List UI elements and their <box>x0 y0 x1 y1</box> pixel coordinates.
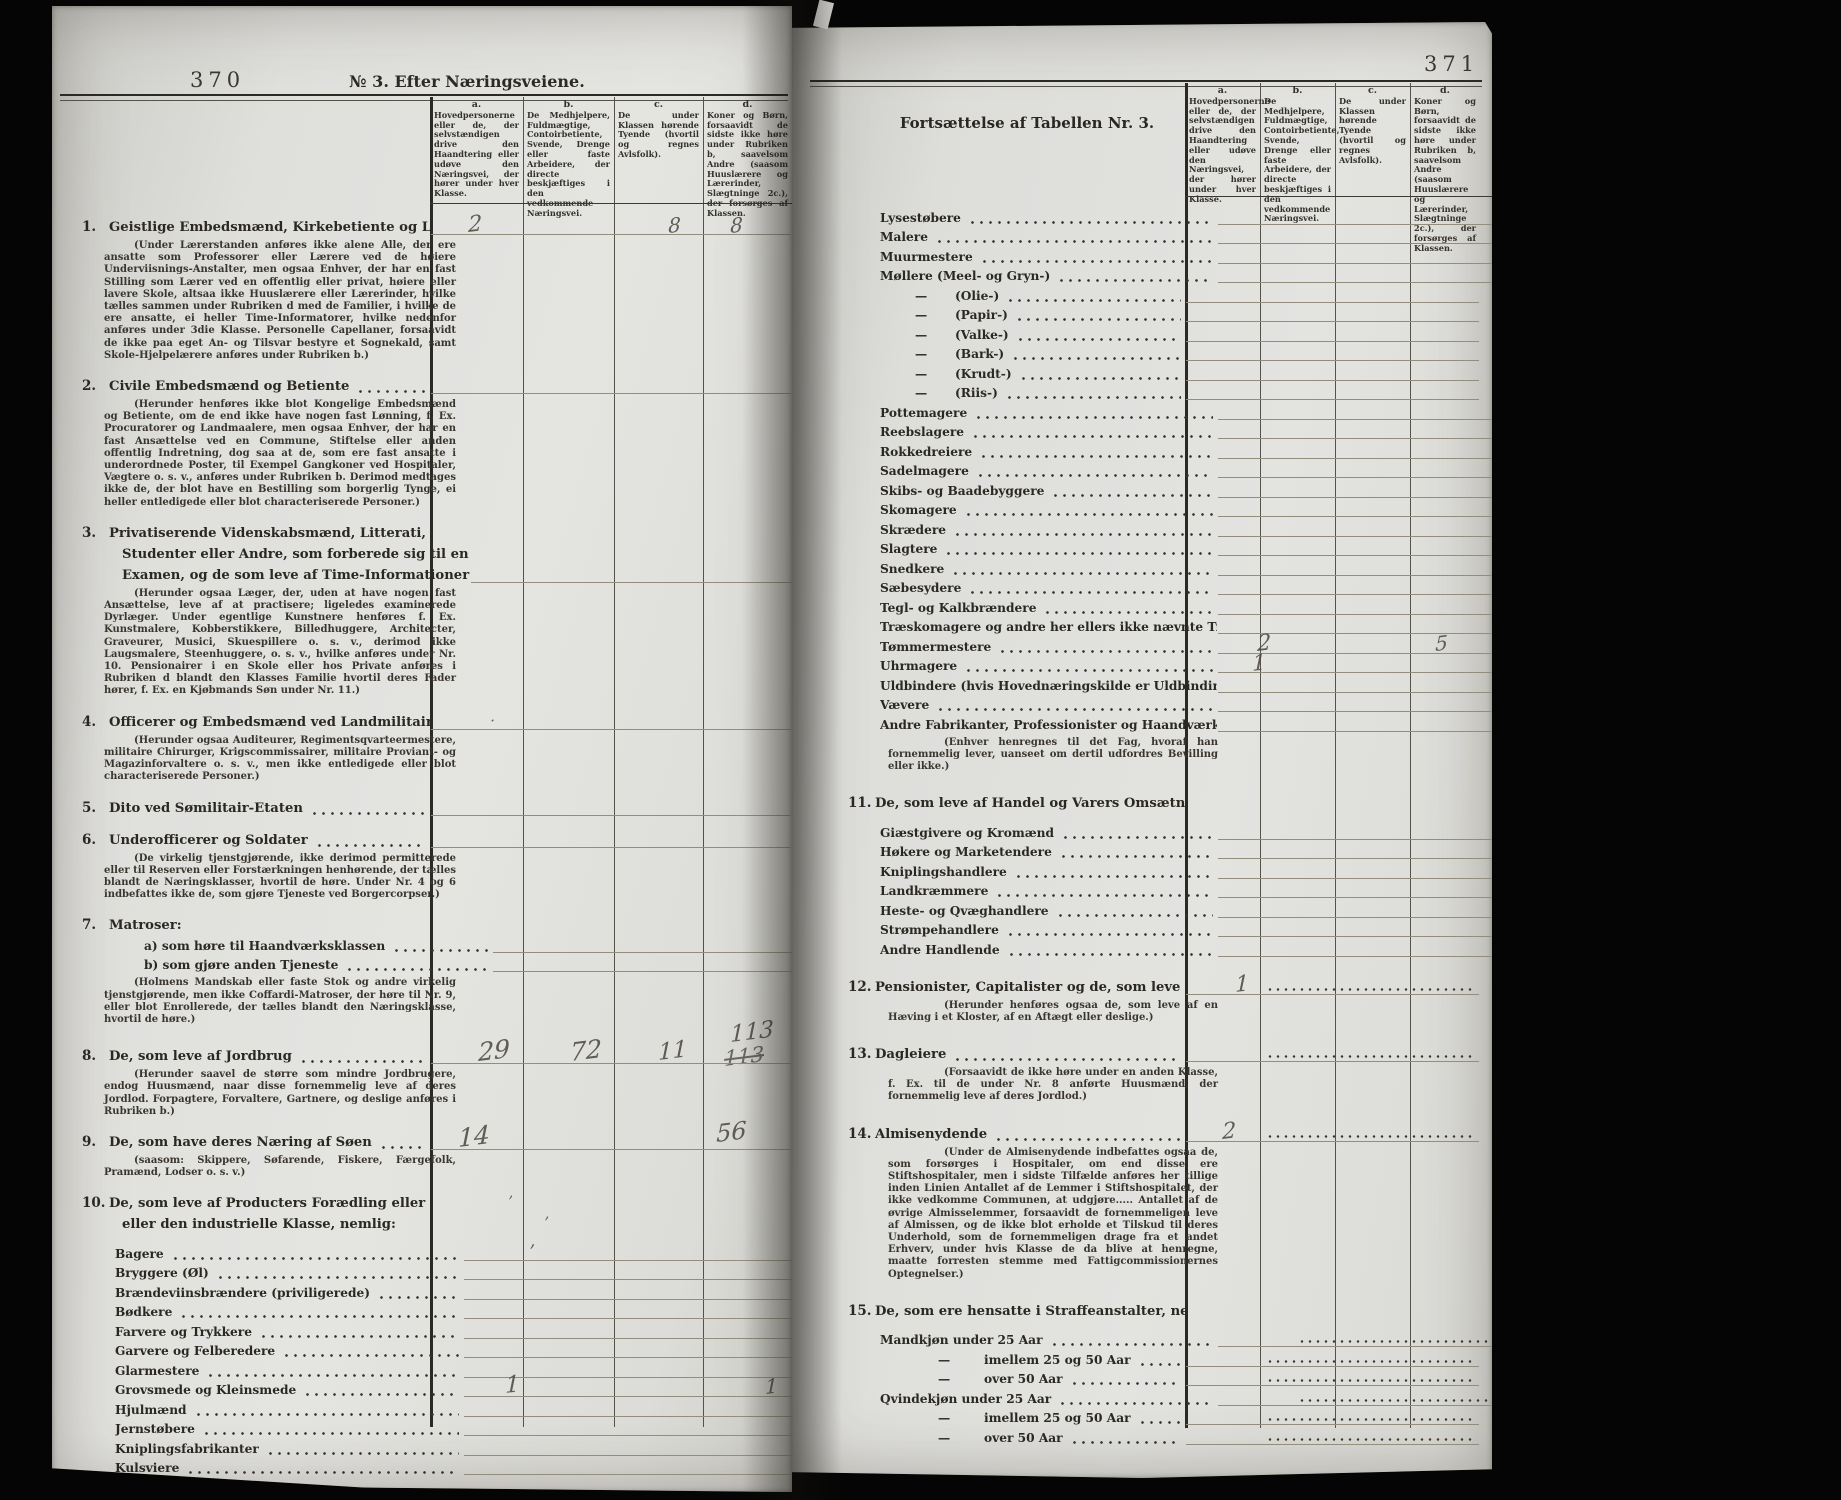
leader-dots <box>998 648 1213 653</box>
row-data-cells <box>1185 788 1480 811</box>
row-data-cells <box>1185 1347 1480 1367</box>
row-label-box: 3.Privatiserende Videnskabsmænd, Littera… <box>82 525 430 541</box>
row-data-cells <box>1217 1386 1512 1406</box>
handwritten-value: 1 <box>765 1374 778 1400</box>
row-data-cells <box>430 825 792 848</box>
leader-dots <box>282 1352 459 1357</box>
row-label: Strømpehandlere <box>880 923 999 937</box>
row-label: Almisenydende <box>875 1127 987 1142</box>
row-label-box: Examen, og de som leve af Time-Informati… <box>122 568 470 583</box>
row-label: Andre Fabrikanter, Professionister og Ha… <box>880 718 1217 732</box>
leader-dots <box>1056 912 1213 917</box>
row-label: Giæstgivere og Kromænd <box>880 826 1054 840</box>
column-header-text: Hovedpersonerne eller de, der selvstændi… <box>1189 96 1270 204</box>
row-label-box: Sæbesydere <box>880 581 1217 595</box>
row-data-cells <box>1217 556 1512 576</box>
handwritten-value: 5 <box>1435 630 1448 656</box>
leader-dots <box>202 1430 459 1435</box>
entry-row: Mandkjøn under 25 Aar <box>848 1328 1480 1348</box>
row-data-cells <box>1217 712 1512 732</box>
row-label: Pensionister, Capitalister og de, som le… <box>875 980 1185 995</box>
row-label: imellem 25 og 50 Aar <box>984 1353 1131 1367</box>
entry-row: Skibs- og Baadebyggere <box>848 478 1480 498</box>
row-number: 15. <box>848 1303 875 1319</box>
row-number: 12. <box>848 979 875 995</box>
row-label-box: Kurvemagere <box>115 1481 463 1495</box>
row-label-box: Uldbindere (hvis Hovednæringskilde er Ul… <box>880 679 1217 693</box>
row-label-box: Andre Handlende <box>880 943 1217 957</box>
leader-dots <box>1005 394 1181 399</box>
row-label-box: Mandkjøn under 25 Aar <box>880 1333 1217 1347</box>
row-label: Malere <box>880 230 928 244</box>
row-data-cells <box>1217 937 1512 957</box>
leader-dots <box>1019 375 1181 380</box>
entry-row: Snedkere <box>848 556 1480 576</box>
leader-dots <box>968 219 1213 224</box>
row-label: Kniplingsfabrikanter <box>115 1442 259 1456</box>
row-label-box: 1.Geistlige Embedsmænd, Kirkebetiente og… <box>82 219 430 235</box>
entry-row: 4.Officerer og Embedsmænd ved Landmilita… <box>82 707 792 730</box>
row-label: Skibs- og Baadebyggere <box>880 484 1044 498</box>
row-label-box: —imellem 25 og 50 Aar <box>848 1411 1185 1425</box>
entry-row: Brændeviinsbrændere (priviligerede) <box>82 1280 792 1300</box>
row-data-cells <box>1185 381 1480 401</box>
row-data-cells <box>1217 478 1512 498</box>
entry-row: Studenter eller Andre, som forberede sig… <box>82 541 792 562</box>
leader-dots <box>976 472 1213 477</box>
row-label: Andre Handlende <box>880 943 1000 957</box>
row-data-cells <box>463 1417 825 1437</box>
row-label: over 50 Aar <box>984 1372 1063 1386</box>
row-number: 9. <box>82 1134 109 1150</box>
row-data-cells: ’ <box>470 1211 832 1232</box>
leader-dots <box>299 1058 426 1063</box>
leader-dots <box>1006 931 1213 936</box>
row-note: (Herunder ogsaa Auditeurer, Regimentsqva… <box>104 735 456 784</box>
row-label: Sadelmagere <box>880 464 969 478</box>
row-data-cells <box>1185 322 1480 342</box>
row-label-box: Bagere <box>115 1247 463 1261</box>
row-label: imellem 25 og 50 Aar <box>984 1411 1131 1425</box>
leader-dots <box>1014 873 1213 878</box>
row-label: Møllere (Meel- og Gryn-) <box>880 269 1050 283</box>
row-label: Uldbindere (hvis Hovednæringskilde er Ul… <box>880 679 1217 693</box>
row-label-box: —imellem 25 og 50 Aar <box>848 1353 1185 1367</box>
row-label-box: Brændeviinsbrændere (priviligerede) <box>115 1286 463 1300</box>
row-data-cells: ’ <box>430 1188 792 1211</box>
row-label: b) som gjøre anden Tjeneste <box>144 958 338 972</box>
row-data-cells <box>430 910 792 933</box>
entry-row: Vævere <box>848 693 1480 713</box>
entry-row: —(Olie-) <box>848 283 1480 303</box>
handwritten-value: 29 <box>478 1034 510 1067</box>
row-data-cells <box>1217 205 1512 225</box>
handwritten-value: 2 <box>468 211 482 238</box>
entry-row: Andre Handlende <box>848 937 1480 957</box>
leader-dots <box>1057 277 1213 282</box>
entry-row: 5.Dito ved Sømilitair-Etaten <box>82 793 792 816</box>
column-key: d. <box>1414 86 1476 96</box>
entry-row: 10.De, som leve af Producters Forædling … <box>82 1188 792 1211</box>
row-label-box: 5.Dito ved Sømilitair-Etaten <box>82 800 430 816</box>
page-right: 371 Fortsættelse af Tabellen Nr. 3. a.Ho… <box>792 22 1492 1478</box>
column-header-cell: c.De under Klassen hørende Tyende (hvort… <box>1335 83 1410 196</box>
row-label-box: Vævere <box>880 698 1217 712</box>
row-label-box: 10.De, som leve af Producters Forædling … <box>82 1195 430 1211</box>
leader-dots <box>1138 1419 1181 1424</box>
row-label-box: 8.De, som leve af Jordbrug <box>82 1048 430 1064</box>
handwritten-value: 1 <box>1235 971 1249 998</box>
ditto-dash: — <box>915 347 955 361</box>
row-label-box: Træskomagere og andre her ellers ikke næ… <box>880 620 1217 634</box>
entry-row: Uhrmagere1 <box>848 654 1480 674</box>
row-label-box: Muurmestere <box>880 250 1217 264</box>
row-data-cells <box>470 562 832 583</box>
column-header-text: Koner og Børn, forsaavidt de sidste ikke… <box>707 110 788 218</box>
entry-row: 9.De, som have deres Næring af Søen1456 <box>82 1127 792 1150</box>
row-label: Geistlige Embedsmænd, Kirkebetiente og L… <box>109 220 430 235</box>
row-label-box: 4.Officerer og Embedsmænd ved Landmilita… <box>82 714 430 730</box>
leader-dots <box>936 706 1213 711</box>
entry-row: 13.Dagleiere <box>848 1039 1480 1062</box>
row-number: 2. <box>82 378 109 394</box>
row-data-cells <box>1217 1328 1512 1348</box>
leader-dots <box>1011 355 1181 360</box>
entry-row: Rokkedreiere <box>848 439 1480 459</box>
column-key: b. <box>527 100 610 110</box>
ditto-dash: — <box>915 328 955 342</box>
row-label-box: Qvindekjøn under 25 Aar <box>880 1392 1217 1406</box>
entry-row: Bødkere <box>82 1300 792 1320</box>
column-header-text: De under Klassen hørende Tyende (hvortil… <box>1339 96 1406 165</box>
row-label: over 50 Aar <box>984 1431 1063 1445</box>
row-label-box: —(Riis-) <box>848 386 1185 400</box>
leader-dots <box>994 1136 1181 1141</box>
leader-dots <box>315 842 426 847</box>
row-label-box: Studenter eller Andre, som forberede sig… <box>122 547 470 562</box>
row-label-box: Høkere og Marketendere <box>880 845 1217 859</box>
row-label-box: Lysestøbere <box>880 211 1217 225</box>
entry-row: Pottemagere <box>848 400 1480 420</box>
ditto-dash: — <box>915 386 955 400</box>
row-data-cells <box>1185 1425 1480 1445</box>
row-number: 1. <box>82 219 109 235</box>
row-number: 6. <box>82 832 109 848</box>
leader-dots <box>206 1372 459 1377</box>
row-label-box: Skomagere <box>880 503 1217 517</box>
column-key: d. <box>707 100 788 110</box>
row-label: Qvindekjøn under 25 Aar <box>880 1392 1051 1406</box>
row-label-box: Giæstgivere og Kromænd <box>880 826 1217 840</box>
entry-row: 8.De, som leve af Jordbrug297211113113 <box>82 1041 792 1064</box>
row-data-cells <box>1217 498 1512 518</box>
column-header-cell: c.De under Klassen hørende Tyende (hvort… <box>614 97 703 203</box>
row-label-box: 14.Almisenydende <box>848 1126 1185 1142</box>
leader-dots <box>259 1333 459 1338</box>
entry-row: —(Riis-) <box>848 381 1480 401</box>
row-data-cells <box>1185 303 1480 323</box>
row-label: (Olie-) <box>955 289 999 303</box>
row-label: eller den industrielle Klasse, nemlig: <box>122 1217 396 1232</box>
row-note: (saasom: Skippere, Søfarende, Fiskere, F… <box>104 1155 456 1179</box>
entry-row: Skrædere <box>848 517 1480 537</box>
column-key: c. <box>1339 86 1406 96</box>
row-label-box: b) som gjøre anden Tjeneste <box>144 958 492 972</box>
leader-dots <box>995 892 1213 897</box>
row-label-box: Pottemagere <box>880 406 1217 420</box>
row-label: Slagtere <box>880 542 937 556</box>
row-label: Dagleiere <box>875 1047 946 1062</box>
row-label: (Krudt-) <box>955 367 1012 381</box>
row-label-box: Andre Fabrikanter, Professionister og Ha… <box>880 718 1217 732</box>
column-header-text: De Medhjelpere, Fuldmægtige, Contoirbeti… <box>527 110 610 218</box>
leader-dots <box>1059 853 1213 858</box>
row-label: Bødkere <box>115 1305 172 1319</box>
column-key: c. <box>618 100 699 110</box>
handwritten-value: 56 <box>716 1116 747 1148</box>
row-number: 7. <box>82 917 109 933</box>
leader-dots <box>964 667 1213 672</box>
entry-row: Examen, og de som leve af Time-Informati… <box>82 562 792 583</box>
leader-dots <box>974 414 1213 419</box>
row-label-box: —over 50 Aar <box>848 1372 1185 1386</box>
entry-row: —(Papir-) <box>848 303 1480 323</box>
row-label: De, som leve af Producters Forædling ell… <box>109 1196 430 1211</box>
handwritten-value: 8 <box>730 212 743 238</box>
row-data-cells <box>463 1475 825 1495</box>
entry-row: Møllere (Meel- og Gryn-) <box>848 264 1480 284</box>
row-note: (Herunder ogsaa Læger, der, uden at have… <box>104 588 456 698</box>
row-label: Snedkere <box>880 562 944 576</box>
leader-dots <box>214 1489 459 1494</box>
row-label-box: —(Krudt-) <box>848 367 1185 381</box>
row-data-cells: 297211113113 <box>430 1041 792 1064</box>
entry-row: 1.Geistlige Embedsmænd, Kirkebetiente og… <box>82 212 792 235</box>
leader-dots <box>377 1294 459 1299</box>
entry-row: a) som høre til Haandværksklassen <box>82 933 792 953</box>
row-label-box: —(Papir-) <box>848 308 1185 322</box>
row-data-cells <box>1217 693 1512 713</box>
row-data-cells <box>1217 898 1512 918</box>
row-label: Hjulmænd <box>115 1403 187 1417</box>
row-label: Kurvemagere <box>115 1481 207 1495</box>
row-label: a) som høre til Haandværksklassen <box>144 939 385 953</box>
row-label: Bagere <box>115 1247 164 1261</box>
row-label-box: Heste- og Qvæghandlere <box>880 904 1217 918</box>
entry-row: Andre Fabrikanter, Professionister og Ha… <box>848 712 1480 732</box>
row-label: Uhrmagere <box>880 659 957 673</box>
entry-row: Malere <box>848 225 1480 245</box>
entry-row: —(Valke-) <box>848 322 1480 342</box>
row-data-cells <box>463 1436 825 1456</box>
row-data-cells <box>1217 420 1512 440</box>
row-label: Mandkjøn under 25 Aar <box>880 1333 1043 1347</box>
row-label: (Valke-) <box>955 328 1009 342</box>
row-data-cells <box>1217 576 1512 596</box>
row-label: Træskomagere og andre her ellers ikke næ… <box>880 620 1217 634</box>
row-data-cells <box>1217 517 1512 537</box>
entry-row: 3.Privatiserende Videnskabsmænd, Littera… <box>82 518 792 541</box>
entry-row: Kniplingsfabrikanter <box>82 1436 792 1456</box>
row-data-cells <box>1217 859 1512 879</box>
entry-row: Garvere og Felberedere <box>82 1339 792 1359</box>
row-data-cells: 11 <box>463 1378 825 1398</box>
row-number: 4. <box>82 714 109 730</box>
entry-row: Heste- og Qvæghandlere <box>848 898 1480 918</box>
leader-dots <box>1016 336 1181 341</box>
row-data-cells: ’ <box>463 1241 825 1261</box>
row-data-cells <box>1217 879 1512 899</box>
handwritten-value: 113 <box>724 1042 764 1071</box>
row-label: Reebslagere <box>880 425 964 439</box>
section-row: 15.De, som ere hensatte i Straffeanstalt… <box>848 1296 1480 1319</box>
row-data-cells <box>1217 595 1512 615</box>
row-data-cells: 1456 <box>430 1127 792 1150</box>
leader-dots <box>953 531 1213 536</box>
entry-row: 14.Almisenydende2 <box>848 1119 1480 1142</box>
entry-row: Tømmermestere25 <box>848 634 1480 654</box>
column-header-text: Hovedpersonerne eller de, der selvstændi… <box>434 110 519 198</box>
entry-row: Bagere’ <box>82 1241 792 1261</box>
row-label: Rokkedreiere <box>880 445 972 459</box>
leader-dots <box>1138 1361 1181 1366</box>
handwritten-value: ’ <box>544 1214 549 1233</box>
entry-row: Lysestøbere <box>848 205 1480 225</box>
leader-dots <box>266 1450 459 1455</box>
entry-row: —imellem 25 og 50 Aar <box>848 1406 1480 1426</box>
row-number: 13. <box>848 1046 875 1062</box>
row-label-box: 15.De, som ere hensatte i Straffeanstalt… <box>848 1303 1185 1319</box>
leader-dots <box>1070 1439 1181 1444</box>
row-label: Bryggere (Øl) <box>115 1266 209 1280</box>
row-data-cells: · <box>430 707 792 730</box>
entry-row: Reebslagere <box>848 420 1480 440</box>
entry-row: —over 50 Aar <box>848 1425 1480 1445</box>
column-header-cell: b.De Medhjelpere, Fuldmægtige, Contoirbe… <box>1260 83 1335 196</box>
row-label-box: Reebslagere <box>880 425 1217 439</box>
page-corner-flap <box>813 0 834 29</box>
leader-dots <box>392 947 488 952</box>
row-data-cells <box>463 1280 825 1300</box>
entry-row: Muurmestere <box>848 244 1480 264</box>
handwritten-value: ’ <box>508 1193 513 1212</box>
leader-dots <box>1007 951 1213 956</box>
page-left: 370 № 3. Efter Næringsveiene. a.Hovedper… <box>52 6 792 1492</box>
row-label: (Bark-) <box>955 347 1004 361</box>
row-label-box: Hjulmænd <box>115 1403 463 1417</box>
row-data-cells <box>463 1300 825 1320</box>
census-book-spread: 370 № 3. Efter Næringsveiene. a.Hovedper… <box>0 0 1841 1500</box>
row-label: Skomagere <box>880 503 957 517</box>
entry-row: Tegl- og Kalkbrændere <box>848 595 1480 615</box>
entry-row: Slagtere <box>848 537 1480 557</box>
leader-dots <box>964 511 1213 516</box>
ditto-dash: — <box>915 308 955 322</box>
row-label: Tegl- og Kalkbrændere <box>880 601 1036 615</box>
row-data-cells <box>430 371 792 394</box>
row-label: Pottemagere <box>880 406 967 420</box>
row-label-box: —(Bark-) <box>848 347 1185 361</box>
row-label-box: 9.De, som have deres Næring af Søen <box>82 1134 430 1150</box>
row-label: Matroser: <box>109 918 182 933</box>
column-key: a. <box>1189 86 1256 96</box>
handwritten-value: ’ <box>529 1241 535 1263</box>
leader-dots <box>179 1313 459 1318</box>
ditto-dash: — <box>915 367 955 381</box>
row-note: (De virkelig tjenstgjørende, ikke derimo… <box>104 853 456 902</box>
row-label: Vævere <box>880 698 929 712</box>
row-data-cells <box>463 1339 825 1359</box>
row-data-cells <box>1185 342 1480 362</box>
row-label-box: Uhrmagere <box>880 659 1217 673</box>
row-data-cells <box>1185 361 1480 381</box>
entry-row: 7.Matroser: <box>82 910 792 933</box>
entry-row: Høkere og Marketendere <box>848 840 1480 860</box>
entry-row: eller den industrielle Klasse, nemlig:’ <box>82 1211 792 1232</box>
leader-dots <box>979 453 1213 458</box>
row-note: (Herunder henføres ikke blot Kongelige E… <box>104 399 456 509</box>
page-number-right: 371 <box>1424 52 1479 76</box>
entry-row: Giæstgivere og Kromænd <box>848 820 1480 840</box>
column-header-cell: b.De Medhjelpere, Fuldmægtige, Contoirbe… <box>523 97 614 203</box>
row-data-cells <box>1217 840 1512 860</box>
row-label: (Riis-) <box>955 386 998 400</box>
handwritten-value: 2 <box>1222 1118 1236 1145</box>
row-data-cells <box>470 541 832 562</box>
row-label: Examen, og de som leve af Time-Informati… <box>122 568 469 583</box>
ditto-dash: — <box>938 1353 984 1367</box>
row-label: Civile Embedsmænd og Betiente <box>109 379 349 394</box>
table-rows-left: 1.Geistlige Embedsmænd, Kirkebetiente og… <box>82 203 792 1495</box>
row-number: 11. <box>848 795 875 811</box>
row-label-box: —(Olie-) <box>848 289 1185 303</box>
row-data-cells <box>463 1456 825 1476</box>
row-label-box: Rokkedreiere <box>880 445 1217 459</box>
row-label-box: 7.Matroser: <box>82 917 430 933</box>
row-label-box: Jernstøbere <box>115 1422 463 1436</box>
row-number: 10. <box>82 1195 109 1211</box>
row-label: Sæbesydere <box>880 581 961 595</box>
row-label-box: Bødkere <box>115 1305 463 1319</box>
row-label: Kniplingshandlere <box>880 865 1007 879</box>
row-data-cells <box>1185 1039 1480 1062</box>
entry-row: Kurvemagere <box>82 1475 792 1495</box>
handwritten-value: 1 <box>505 1371 520 1399</box>
row-label: Brændeviinsbrændere (priviligerede) <box>115 1286 370 1300</box>
row-label: Skrædere <box>880 523 946 537</box>
row-label-box: 12.Pensionister, Capitalister og de, som… <box>848 979 1185 995</box>
row-label-box: 2.Civile Embedsmænd og Betiente <box>82 378 430 394</box>
row-label-box: Møllere (Meel- og Gryn-) <box>880 269 1217 283</box>
row-label-box: 13.Dagleiere <box>848 1046 1185 1062</box>
leader-dots <box>1015 316 1181 321</box>
row-label: Underofficerer og Soldater <box>109 833 308 848</box>
row-label-box: Grovsmede og Kleinsmede <box>115 1383 463 1397</box>
handwritten-value: 11 <box>658 1036 688 1066</box>
entry-row: Bryggere (Øl) <box>82 1261 792 1281</box>
entry-row: Træskomagere og andre her ellers ikke næ… <box>848 615 1480 635</box>
row-label-box: Kniplingshandlere <box>880 865 1217 879</box>
leader-dots <box>944 550 1213 555</box>
handwritten-value: 8 <box>668 212 681 238</box>
row-label-box: Slagtere <box>880 542 1217 556</box>
column-header-cell: a.Hovedpersonerne eller de, der selvstæn… <box>430 97 523 203</box>
row-label: Officerer og Embedsmænd ved Landmilitair… <box>109 715 430 730</box>
entry-row: Strømpehandlere <box>848 918 1480 938</box>
leader-dots <box>935 238 1213 243</box>
entry-row: Skomagere <box>848 498 1480 518</box>
row-number: 14. <box>848 1126 875 1142</box>
